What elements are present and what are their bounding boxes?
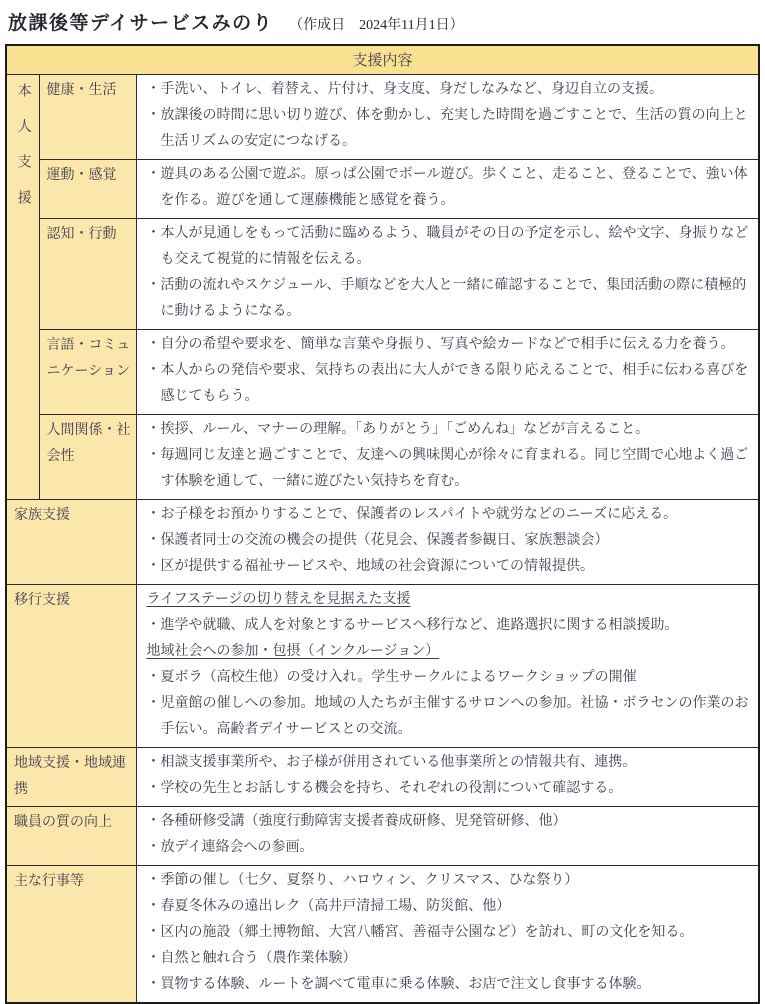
bullet-line: ・毎週同じ友達と過ごすことで、友達への興味関心が徐々に育まれる。同じ空間で心地よ… [147, 443, 753, 495]
bullet-line: ・遊具のある公園で遊ぶ。原っぱ公園でボール遊び。歩くこと、走ること、登ることで、… [147, 162, 753, 214]
created-date: （作成日 2024年11月1日） [289, 18, 463, 33]
row-content: ・相談支援事業所や、お子様が併用されている他事業所との情報共有、連携。・学校の先… [136, 748, 759, 807]
row-content: ・各種研修受講（強度行動障害支援者養成研修、児発管研修、他）・放デイ連絡会への参… [136, 807, 759, 866]
bullet-line: ・区が提供する福祉サービスや、地域の社会資源についての情報提供。 [147, 554, 753, 580]
row-label: 言語・コミュニケーション [39, 330, 136, 415]
underlined-heading: 地域社会への参加・包摂（インクルージョン） [147, 639, 753, 665]
bullet-line: ・自然と触れ合う（農作業体験） [147, 946, 753, 972]
bullet-line: ・本人が見通しをもって活動に臨めるよう、職員がその日の予定を示し、絵や文字、身振… [147, 221, 753, 273]
table-header-row: 支援内容 [6, 45, 759, 75]
bullet-line: ・活動の流れやスケジュール、手順などを大人と一緒に確認することで、集団活動の際に… [147, 273, 753, 325]
bullet-line: ・挨拶、ルール、マナーの理解。「ありがとう」「ごめんね」などが言えること。 [147, 417, 753, 443]
row-content: ・自分の希望や要求を、簡単な言葉や身振り、写真や絵カードなどで相手に伝える力を養… [136, 330, 759, 415]
bullet-line: ・季節の催し（七夕、夏祭り、ハロウィン、クリスマス、ひな祭り） [147, 868, 753, 894]
bullet-line: ・各種研修受講（強度行動障害支援者養成研修、児発管研修、他） [147, 809, 753, 835]
bullet-line: ・進学や就職、成人を対象とするサービスへ移行など、進路選択に関する相談援助。 [147, 613, 753, 639]
row-label: 地域支援・地域連携 [6, 748, 136, 807]
bullet-line: ・お子様をお預かりすることで、保護者のレスパイトや就労などのニーズに応える。 [147, 502, 753, 528]
table-row: 運動・感覚・遊具のある公園で遊ぶ。原っぱ公園でボール遊び。歩くこと、走ること、登… [6, 160, 759, 219]
document-page: 放課後等デイサービスみのり（作成日 2024年11月1日） 支援内容 本人支援健… [0, 0, 765, 962]
row-label: 人間関係・社会性 [39, 415, 136, 500]
table-row: 本人支援健康・生活・手洗い、トイレ、着替え、片付け、身支度、身だしなみなど、身辺… [6, 75, 759, 160]
bullet-line: ・保護者同士の交流の機会の提供（花見会、保護者参観日、家族懇談会） [147, 528, 753, 554]
underlined-heading: ライフステージの切り替えを見据えた支援 [147, 587, 753, 613]
group-vertical-label: 本人支援 [16, 83, 30, 226]
bullet-line: ・本人からの発信や要求、気持ちの表出に大人ができる限り応えることで、相手に伝わる… [147, 358, 753, 410]
row-label: 健康・生活 [39, 75, 136, 160]
row-label: 家族支援 [6, 500, 136, 585]
bullet-line: ・相談支援事業所や、お子様が併用されている他事業所との情報共有、連携。 [147, 750, 753, 776]
title-bar: 放課後等デイサービスみのり（作成日 2024年11月1日） [5, 6, 760, 44]
table-row: 家族支援・お子様をお預かりすることで、保護者のレスパイトや就労などのニーズに応え… [6, 500, 759, 585]
row-content: ・手洗い、トイレ、着替え、片付け、身支度、身だしなみなど、身辺自立の支援。・放課… [136, 75, 759, 160]
bullet-line: ・児童館の催しへの参加。地域の人たちが主催するサロンへの参加。社協・ボラセンの作… [147, 691, 753, 743]
row-content: ライフステージの切り替えを見据えた支援・進学や就職、成人を対象とするサービスへ移… [136, 585, 759, 748]
table-header: 支援内容 [6, 45, 759, 75]
row-label: 主な行事等 [6, 866, 136, 1004]
bullet-line: ・自分の希望や要求を、簡単な言葉や身振り、写真や絵カードなどで相手に伝える力を養… [147, 332, 753, 358]
row-content: ・お子様をお預かりすることで、保護者のレスパイトや就労などのニーズに応える。・保… [136, 500, 759, 585]
row-content: ・挨拶、ルール、マナーの理解。「ありがとう」「ごめんね」などが言えること。・毎週… [136, 415, 759, 500]
row-label: 職員の質の向上 [6, 807, 136, 866]
table-row: 移行支援ライフステージの切り替えを見据えた支援・進学や就職、成人を対象とするサー… [6, 585, 759, 748]
table-row: 言語・コミュニケーション・自分の希望や要求を、簡単な言葉や身振り、写真や絵カード… [6, 330, 759, 415]
row-content: ・本人が見通しをもって活動に臨めるよう、職員がその日の予定を示し、絵や文字、身振… [136, 219, 759, 330]
support-content-table: 支援内容 本人支援健康・生活・手洗い、トイレ、着替え、片付け、身支度、身だしなみ… [5, 44, 760, 1004]
table-row: 認知・行動・本人が見通しをもって活動に臨めるよう、職員がその日の予定を示し、絵や… [6, 219, 759, 330]
bullet-line: ・買物する体験、ルートを調べて電車に乗る体験、お店で注文し食事する体験。 [147, 972, 753, 998]
row-content: ・遊具のある公園で遊ぶ。原っぱ公園でボール遊び。歩くこと、走ること、登ることで、… [136, 160, 759, 219]
row-label: 移行支援 [6, 585, 136, 748]
table-row: 職員の質の向上・各種研修受講（強度行動障害支援者養成研修、児発管研修、他）・放デ… [6, 807, 759, 866]
bullet-line: ・夏ボラ（高校生他）の受け入れ。学生サークルによるワークショップの開催 [147, 665, 753, 691]
table-row: 主な行事等・季節の催し（七夕、夏祭り、ハロウィン、クリスマス、ひな祭り）・春夏冬… [6, 866, 759, 1004]
page-title: 放課後等デイサービスみのり [8, 13, 273, 34]
group-label-cell: 本人支援 [6, 75, 39, 500]
row-label: 運動・感覚 [39, 160, 136, 219]
row-content: ・季節の催し（七夕、夏祭り、ハロウィン、クリスマス、ひな祭り）・春夏冬休みの遠出… [136, 866, 759, 1004]
bullet-line: ・放課後の時間に思い切り遊び、体を動かし、充実した時間を過ごすことで、生活の質の… [147, 103, 753, 155]
table-row: 地域支援・地域連携・相談支援事業所や、お子様が併用されている他事業所との情報共有… [6, 748, 759, 807]
bullet-line: ・春夏冬休みの遠出レク（高井戸清掃工場、防災館、他） [147, 894, 753, 920]
table-row: 人間関係・社会性・挨拶、ルール、マナーの理解。「ありがとう」「ごめんね」などが言… [6, 415, 759, 500]
row-label: 認知・行動 [39, 219, 136, 330]
bullet-line: ・区内の施設（郷土博物館、大宮八幡宮、善福寺公園など）を訪れ、町の文化を知る。 [147, 920, 753, 946]
bullet-line: ・学校の先生とお話しする機会を持ち、それぞれの役割について確認する。 [147, 776, 753, 802]
bullet-line: ・放デイ連絡会への参画。 [147, 835, 753, 861]
bullet-line: ・手洗い、トイレ、着替え、片付け、身支度、身だしなみなど、身辺自立の支援。 [147, 77, 753, 103]
